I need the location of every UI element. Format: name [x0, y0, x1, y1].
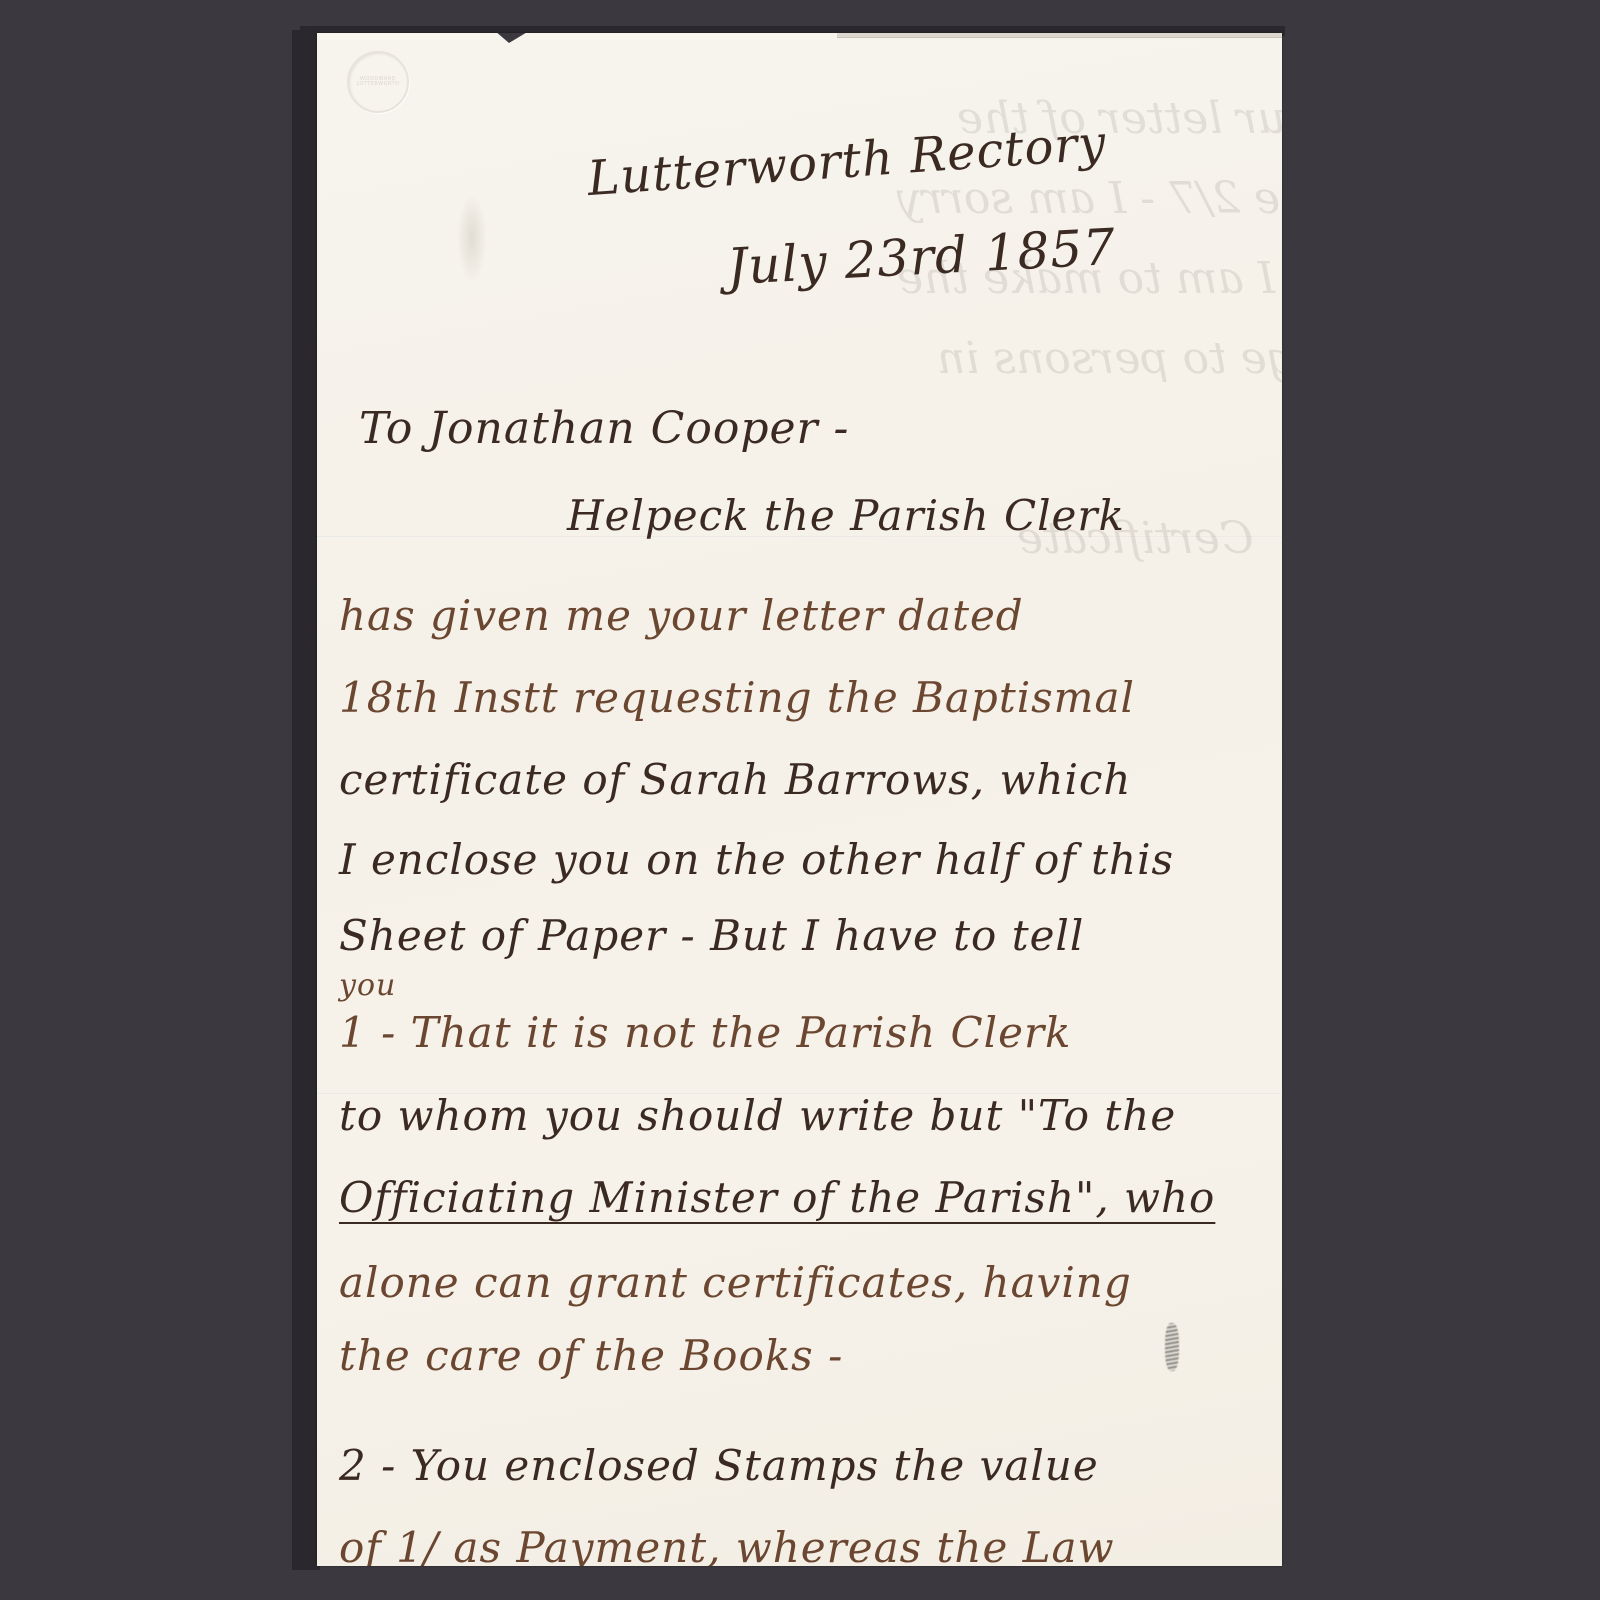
- paper-shadow-left: [292, 30, 320, 1570]
- letter-line: certificate of Sarah Barrows, which: [339, 755, 1131, 804]
- letter-line: has given me your letter dated: [339, 591, 1024, 640]
- letter-paper: WOODWARD LUTTERWORTH your letter of the …: [317, 33, 1282, 1566]
- letter-line: Helpeck the Parish Clerk: [567, 491, 1125, 540]
- torn-notch: [495, 33, 529, 43]
- embossed-stationer-stamp-icon: WOODWARD LUTTERWORTH: [347, 51, 409, 113]
- letter-line-underlined: Officiating Minister of the Parish", who: [339, 1173, 1215, 1222]
- letter-line: Sheet of Paper - But I have to tell: [339, 911, 1084, 960]
- pin-hole-damage: [457, 193, 487, 283]
- letter-line: to whom you should write but "To the: [339, 1091, 1176, 1140]
- letter-line: you: [339, 968, 396, 1003]
- letter-line: alone can grant certificates, having: [339, 1258, 1132, 1307]
- letter-line: I enclose you on the other half of this: [339, 835, 1174, 884]
- emboss-text: WOODWARD LUTTERWORTH: [349, 77, 407, 88]
- scan-background: WOODWARD LUTTERWORTH your letter of the …: [0, 0, 1600, 1600]
- letter-line: 18th Instt requesting the Baptismal: [339, 673, 1135, 722]
- torn-edge: [837, 33, 1282, 38]
- letter-line: 1 - That it is not the Parish Clerk: [339, 1008, 1071, 1057]
- letter-addressee: To Jonathan Cooper -: [359, 403, 849, 454]
- ink-smudge: [1165, 1323, 1179, 1371]
- letter-line: of 1/ as Payment, whereas the Law: [339, 1523, 1115, 1566]
- letter-line: 2 - You enclosed Stamps the value: [339, 1441, 1099, 1490]
- bleed-through-line: charge to persons in: [937, 333, 1282, 384]
- letter-line: the care of the Books -: [339, 1331, 843, 1380]
